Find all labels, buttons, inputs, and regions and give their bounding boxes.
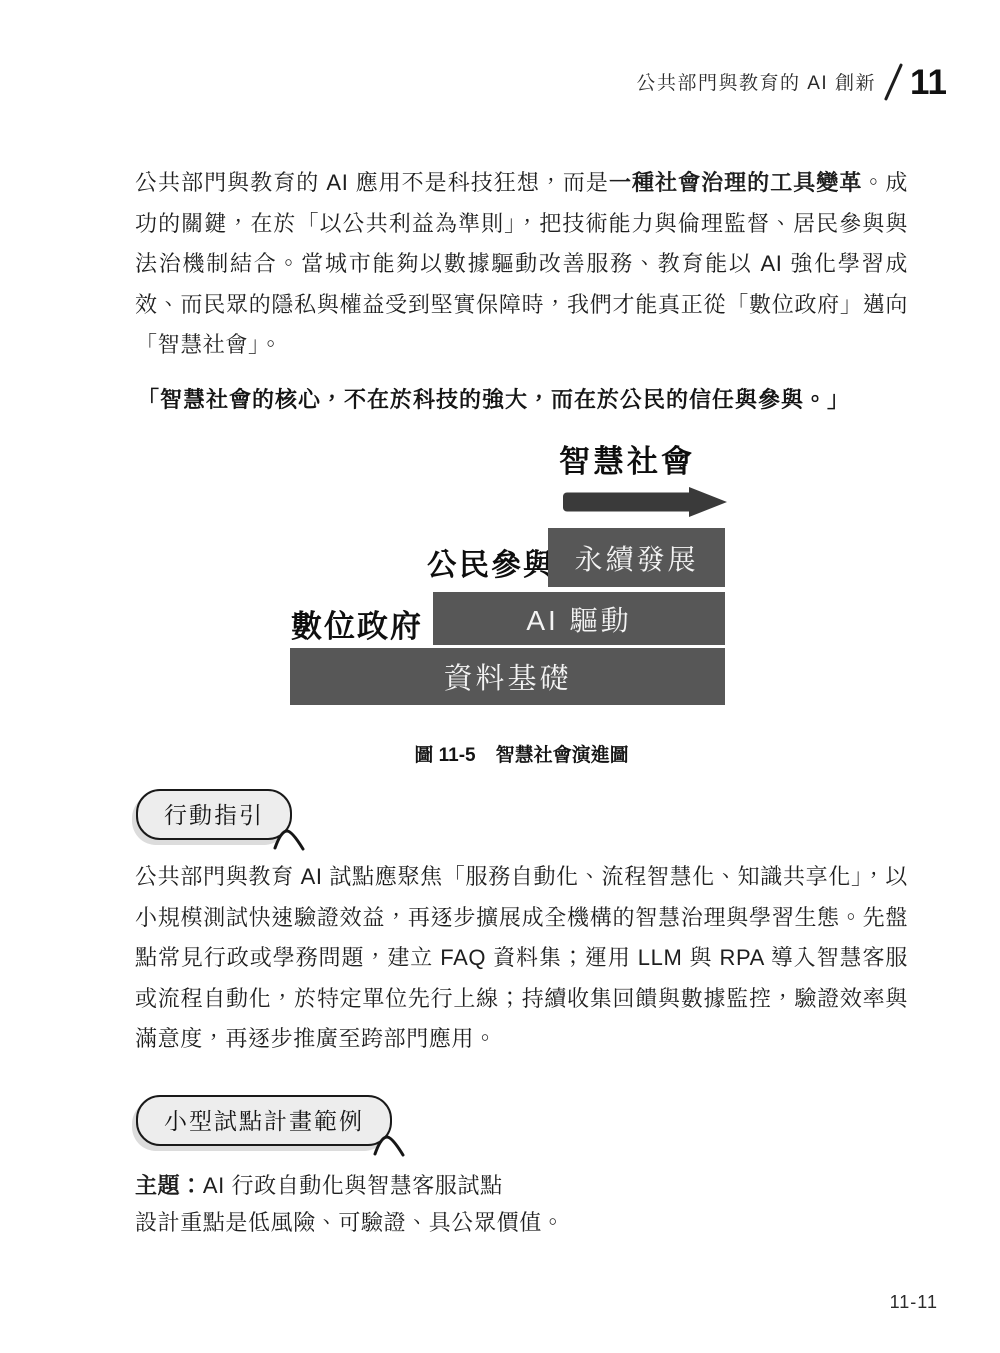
step-box-label: 永續發展 <box>574 538 698 578</box>
page-number: 11-11 <box>890 1292 938 1312</box>
intro-paragraph: 公共部門與教育的 AI 應用不是科技狂想，而是一種社會治理的工具變革。成功的關鍵… <box>135 163 908 366</box>
figure-caption-title: 智慧社會演進圖 <box>496 745 629 766</box>
step-side-label-citizen: 公民參與 <box>427 551 555 581</box>
badge-pill: 小型試點計畫範例 <box>136 1095 392 1146</box>
step-box-data-foundation: 資料基礎 <box>290 648 725 705</box>
forward-arrow-icon <box>563 487 727 517</box>
badge-label: 行動指引 <box>164 802 264 828</box>
figure-caption: 圖 11-5智慧社會演進圖 <box>135 740 908 767</box>
page-footer: 11-11 <box>890 1292 938 1313</box>
intro-text-bold: 一種社會治理的工具變革 <box>609 170 862 195</box>
page-content: 公共部門與教育的 AI 應用不是科技狂想，而是一種社會治理的工具變革。成功的關鍵… <box>135 0 908 1353</box>
step-side-label-government: 數位政府 <box>291 611 423 642</box>
figure-goal-label: 智慧社會 <box>559 446 695 477</box>
step-box-label: 資料基礎 <box>443 656 571 697</box>
intro-text-end: 。成功的關鍵，在於「以公共利益為準則」，把技術能力與倫理監督、居民參與與法治機制… <box>135 170 908 357</box>
intro-text-start: 公共部門與教育的 AI 應用不是科技狂想，而是 <box>135 170 609 195</box>
figure-caption-number: 圖 11-5 <box>414 745 475 766</box>
book-page: 公共部門與教育的 AI 創新 11 公共部門與教育的 AI 應用不是科技狂想，而… <box>0 0 1000 1353</box>
pilot-note-line: 設計重點是低風險、可驗證、具公眾價值。 <box>135 1208 564 1238</box>
badge-label: 小型試點計畫範例 <box>164 1108 364 1134</box>
section-badge-pilot-example: 小型試點計畫範例 <box>136 1095 392 1146</box>
badge-pill: 行動指引 <box>136 789 292 840</box>
pilot-topic-text: AI 行政自動化與智慧客服試點 <box>203 1173 503 1198</box>
pull-quote: 「智慧社會的核心，不在於科技的強大，而在於公民的信任與參與。」 <box>137 383 908 414</box>
step-box-sustainability: 永續發展 <box>548 528 725 587</box>
action-guide-paragraph: 公共部門與教育 AI 試點應聚焦「服務自動化、流程智慧化、知識共享化」，以小規模… <box>135 857 908 1060</box>
badge-tail-icon <box>373 1134 407 1158</box>
chapter-number: 11 <box>910 65 947 102</box>
step-box-ai-driven: AI 驅動 <box>433 592 725 645</box>
badge-tail-icon <box>273 828 307 852</box>
pilot-topic-line: 主題：AI 行政自動化與智慧客服試點 <box>135 1171 503 1201</box>
step-box-label: AI 驅動 <box>526 599 631 639</box>
section-badge-action-guide: 行動指引 <box>136 789 292 840</box>
pilot-topic-label: 主題： <box>135 1173 203 1198</box>
